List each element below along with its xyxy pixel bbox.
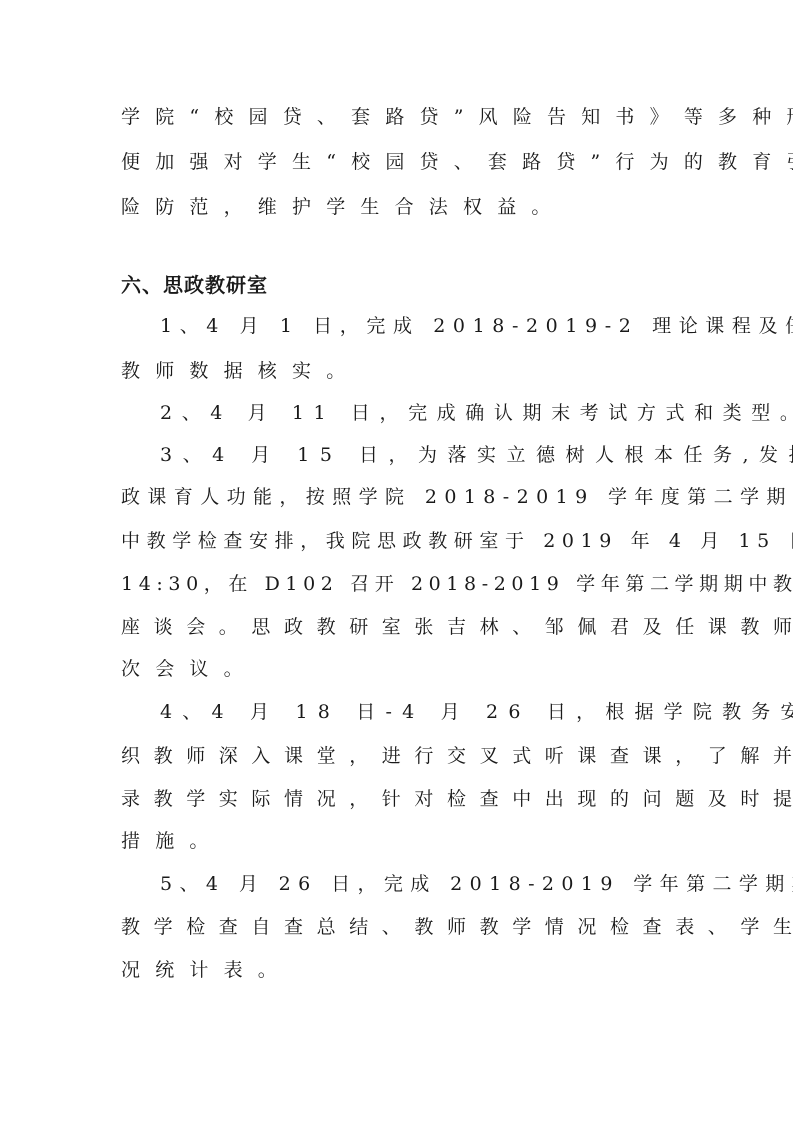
intro-line-2: 便加强对学生“校园贷、套路贷”行为的教育引导和风 xyxy=(121,149,681,175)
section-heading: 六、思政教研室 xyxy=(121,272,681,298)
item-3-line-2: 政课育人功能，按照学院 2018-2019 学年度第二学期期 xyxy=(121,484,681,510)
text: 况统计表。 xyxy=(121,957,292,983)
text: 5、4 月 26 日，完成 2018-2019 学年第二学期期中 xyxy=(160,871,793,897)
text: 次会议。 xyxy=(121,656,258,682)
item-5-line-2: 教学检查自查总结、教师教学情况检查表、学生到课情 xyxy=(121,914,681,940)
text: 六、思政教研室 xyxy=(121,272,268,298)
item-5-line-3: 况统计表。 xyxy=(121,957,681,983)
item-3-line-1: 3、4 月 15 日，为落实立德树人根本任务,发挥思 xyxy=(160,442,720,468)
text: 中教学检查安排，我院思政教研室于 2019 年 4 月 15 日 xyxy=(121,528,793,554)
text: 录教学实际情况，针对检查中出现的问题及时提出整改 xyxy=(121,786,793,812)
intro-line-3: 险防范，维护学生合法权益。 xyxy=(121,194,681,220)
text: 便加强对学生“校园贷、套路贷”行为的教育引导和风 xyxy=(121,149,793,175)
text: 织教师深入课堂，进行交叉式听课查课，了解并详细记 xyxy=(121,743,793,769)
item-3-line-6: 次会议。 xyxy=(121,656,681,682)
text: 2、4 月 11 日，完成确认期末考试方式和类型。 xyxy=(160,400,793,426)
item-1-line-2: 教师数据核实。 xyxy=(121,358,681,384)
text: 1、4 月 1 日，完成 2018-2019-2 理论课程及任课 xyxy=(160,313,793,339)
text: 14:30，在 D102 召开 2018-2019 学年第二学期期中教师 xyxy=(121,571,793,597)
text: 教师数据核实。 xyxy=(121,358,360,384)
text: 3、4 月 15 日，为落实立德树人根本任务,发挥思 xyxy=(160,442,793,468)
text: 险防范，维护学生合法权益。 xyxy=(121,194,566,220)
document-page: 学院“校园贷、套路贷”风险告知书》等多种形式，以 便加强对学生“校园贷、套路贷”… xyxy=(0,0,793,1122)
intro-line-1: 学院“校园贷、套路贷”风险告知书》等多种形式，以 xyxy=(121,104,681,130)
item-4-line-3: 录教学实际情况，针对检查中出现的问题及时提出整改 xyxy=(121,786,681,812)
text: 措施。 xyxy=(121,828,224,854)
item-4-line-2: 织教师深入课堂，进行交叉式听课查课，了解并详细记 xyxy=(121,743,681,769)
text: 学院“校园贷、套路贷”风险告知书》等多种形式，以 xyxy=(121,104,793,130)
item-1-line-1: 1、4 月 1 日，完成 2018-2019-2 理论课程及任课 xyxy=(160,313,720,339)
item-5-line-1: 5、4 月 26 日，完成 2018-2019 学年第二学期期中 xyxy=(160,871,720,897)
text: 座谈会。思政教研室张吉林、邹佩君及任课教师参加此 xyxy=(121,614,793,640)
item-3-line-5: 座谈会。思政教研室张吉林、邹佩君及任课教师参加此 xyxy=(121,614,681,640)
text: 4、4 月 18 日-4 月 26 日，根据学院教务安排，组 xyxy=(160,699,793,725)
text: 教学检查自查总结、教师教学情况检查表、学生到课情 xyxy=(121,914,793,940)
text: 政课育人功能，按照学院 2018-2019 学年度第二学期期 xyxy=(121,484,793,510)
item-4-line-4: 措施。 xyxy=(121,828,681,854)
item-3-line-3: 中教学检查安排，我院思政教研室于 2019 年 4 月 15 日 xyxy=(121,528,681,554)
item-2-line-1: 2、4 月 11 日，完成确认期末考试方式和类型。 xyxy=(160,400,720,426)
item-4-line-1: 4、4 月 18 日-4 月 26 日，根据学院教务安排，组 xyxy=(160,699,720,725)
item-3-line-4: 14:30，在 D102 召开 2018-2019 学年第二学期期中教师 xyxy=(121,571,681,597)
